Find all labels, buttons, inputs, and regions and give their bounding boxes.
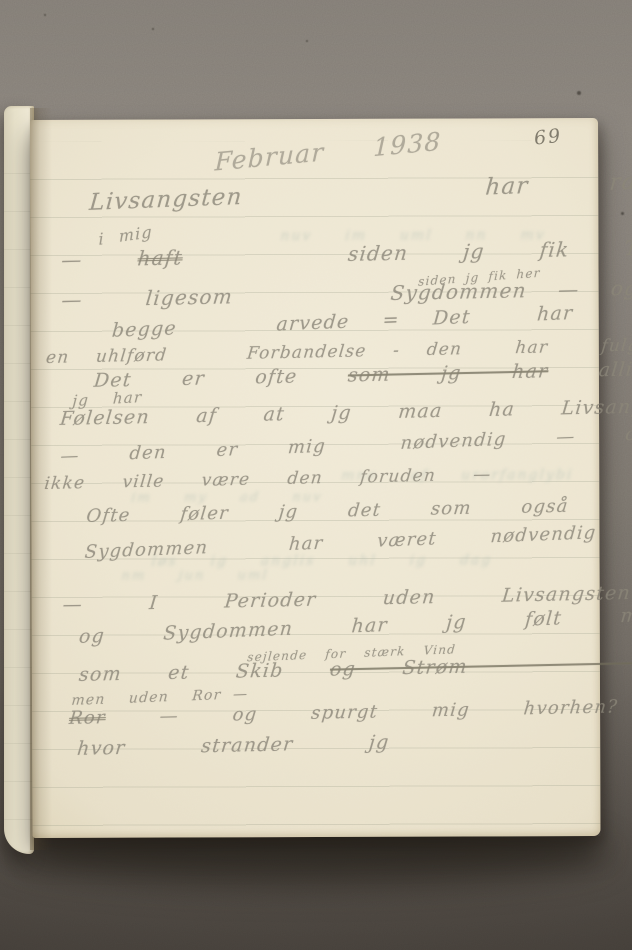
- photo-background: 69 nuv im uml nn mvmne af urorfanglybiim…: [0, 0, 632, 950]
- handwriting-line-20: hvor strander jg: [76, 733, 390, 759]
- handwritten-words: hvor strander jg: [76, 731, 390, 760]
- manuscript-heading: Februar 1938: [214, 129, 442, 175]
- handwriting-line-11: ikke ville være den foruden —: [44, 467, 493, 493]
- handwriting-line-1: i mig: [98, 224, 153, 248]
- handwriting-line-13: Sygdommen har været nødvendig: [84, 524, 597, 562]
- handwritten-words: Følelsen af at jg maa ha Livsangsten: [59, 395, 632, 430]
- handwriting-line-12: Ofte føler jg det som også: [86, 498, 570, 526]
- handwritten-words: ikke ville være den foruden —: [43, 465, 492, 494]
- handwritten-words: Ofte føler jg det som også: [85, 496, 569, 527]
- fabric-fleck-0: [577, 91, 581, 95]
- struck-words: haft: [137, 245, 184, 270]
- handwritten-words: som et Skib: [78, 659, 331, 686]
- handwriting-line-17: som et Skib og Strøm uden: [78, 653, 632, 685]
- fabric-fleck-2: [306, 40, 308, 42]
- notebook-page: 69 nuv im uml nn mvmne af urorfanglybiim…: [30, 118, 601, 838]
- fabric-fleck-1: [44, 14, 46, 16]
- handwritten-words: Sygdommen har været nødvendig: [84, 522, 597, 563]
- handwriting-line-0: Livsangsten har rast: [88, 170, 632, 215]
- handwritten-words: i mig: [98, 222, 153, 249]
- struck-words: som jg har: [347, 360, 550, 386]
- fabric-fleck-3: [621, 212, 624, 215]
- handwriting-layer: Februar 1938 Livsangsten har rasti mig— …: [30, 118, 601, 838]
- handwritten-words: —: [60, 246, 139, 272]
- handwritten-words: alligevel: [547, 357, 632, 382]
- handwritten-words: Livsangsten har rast: [88, 168, 632, 216]
- handwritten-words: siden jg fik Tanken: [182, 234, 632, 269]
- handwriting-line-9: Følelsen af at jg maa ha Livsangsten: [59, 397, 632, 429]
- fabric-fleck-4: [152, 28, 154, 30]
- struck-words: Ror: [68, 707, 107, 729]
